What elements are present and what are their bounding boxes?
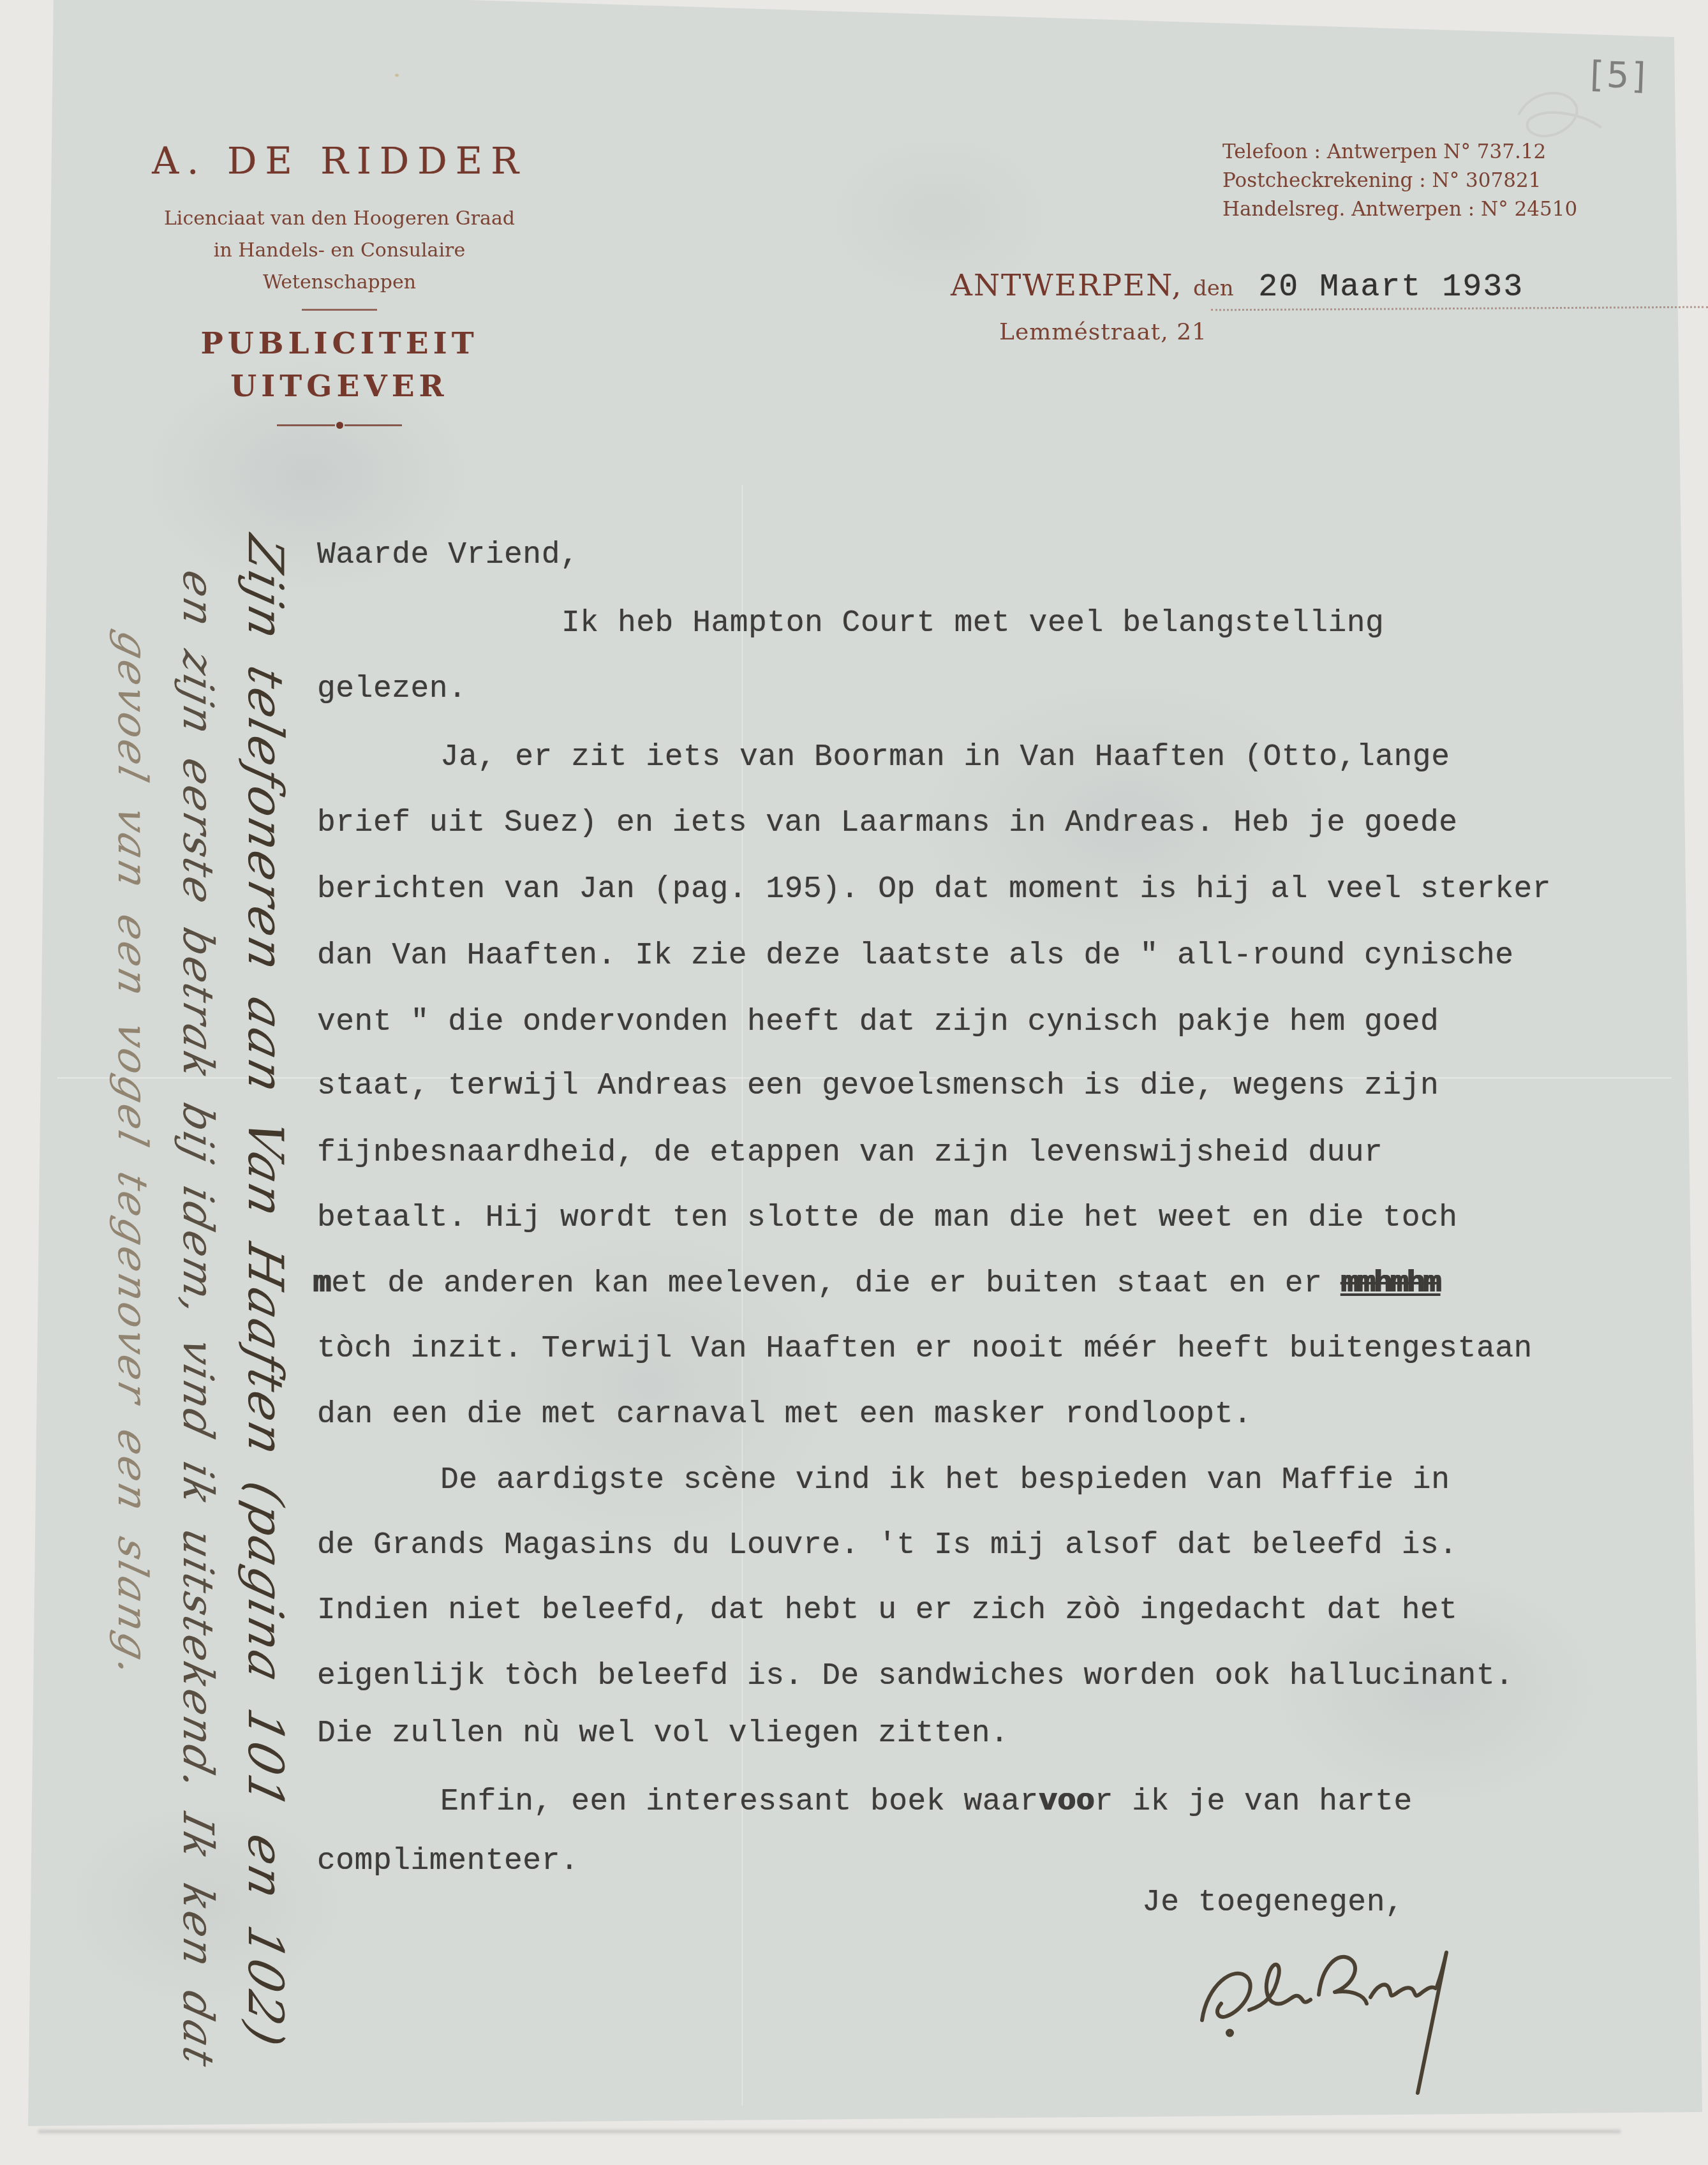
typed-line-with-strikeout: met de anderen kan meeleven, die er buit…: [313, 1267, 1440, 1301]
marginalia-line: en zijn eerste betrak bij idem, vind ik …: [165, 528, 231, 2095]
contact-line-postcheck: Postcheckrekening : N° 307821: [1222, 167, 1577, 195]
printed-street-address: Lemméstraat, 21: [999, 319, 1207, 345]
marginalia-line: Zijn telefoneren aan Van Haaften (pagina…: [231, 528, 300, 2096]
letterhead-divider-dot: [277, 422, 402, 429]
typed-line: de Grands Magasins du Louvre. 't Is mij …: [317, 1528, 1458, 1563]
typed-line: Ja, er zit iets van Boorman in Van Haaft…: [440, 740, 1450, 775]
typed-line: tòch inzit. Terwijl Van Haaften er nooit…: [317, 1332, 1533, 1366]
letterhead-qualification-line: in Handels- en Consulaire: [108, 235, 570, 267]
typed-line: eigenlijk tòch beleefd is. De sandwiches…: [317, 1659, 1514, 1693]
paper-edge-shadow: [38, 2130, 1621, 2133]
typed-valediction: Je toegenegen,: [1142, 1886, 1404, 1920]
letterhead-qualification-line: Licenciaat van den Hoogeren Graad: [108, 203, 570, 235]
typed-line: Indien niet beleefd, dat hebt u er zich …: [317, 1593, 1458, 1628]
handwritten-marginalia: Zijn telefoneren aan Van Haaften (pagina…: [83, 528, 300, 2079]
typed-line: dan Van Haaften. Ik zie deze laatste als…: [317, 939, 1514, 973]
typed-line: brief uit Suez) en iets van Laarmans in …: [317, 806, 1458, 840]
marginalia-line: gevoel van een vogel tegenover een slang…: [100, 528, 165, 2095]
printed-date-label: den: [1193, 276, 1234, 301]
typed-line: vent " die ondervonden heeft dat zijn cy…: [317, 1005, 1439, 1039]
printed-city: ANTWERPEN,: [951, 268, 1182, 303]
overtyped-word: voo: [1039, 1785, 1095, 1819]
typed-line: complimenteer.: [317, 1844, 579, 1879]
letterhead-left-block: A. DE RIDDER Licenciaat van den Hoogeren…: [108, 139, 570, 429]
divider-dot: [336, 422, 343, 429]
typed-line: berichten van Jan (pag. 195). Op dat mom…: [317, 872, 1551, 907]
typed-line: Ik heb Hampton Court met veel belangstel…: [561, 606, 1384, 641]
contact-line-handelsreg: Handelsreg. Antwerpen : N° 24510: [1222, 195, 1577, 224]
struck-out-word: mmhmhm: [1341, 1267, 1440, 1301]
place-date-line: ANTWERPEN, den 20 Maart 1933: [951, 268, 1524, 306]
letterhead-contact-block: Telefoon : Antwerpen N° 737.12 Postcheck…: [1222, 138, 1577, 224]
scanned-letter: [5] A. DE RIDDER Licenciaat van den Hoog…: [0, 0, 1708, 2165]
letterhead-divider: [302, 309, 377, 311]
letterhead-role: UITGEVER: [108, 365, 570, 408]
typed-line: Die zullen nù wel vol vliegen zitten.: [317, 1716, 1009, 1751]
divider-segment: [345, 424, 403, 426]
typed-date: 20 Maart 1933: [1258, 269, 1524, 306]
signature: [1188, 1926, 1456, 2104]
typed-line: dan een die met carnaval met een masker …: [317, 1397, 1252, 1432]
typed-line: gelezen.: [317, 672, 466, 706]
typed-line: betaalt. Hij wordt ten slotte de man die…: [317, 1201, 1458, 1235]
contact-line-telefoon: Telefoon : Antwerpen N° 737.12: [1222, 138, 1577, 167]
typed-line: staat, terwijl Andreas een gevoelsmensch…: [317, 1069, 1439, 1103]
typed-line: fijnbesnaardheid, de etappen van zijn le…: [317, 1136, 1383, 1170]
typed-salutation: Waarde Vriend,: [317, 538, 579, 572]
overtyped-character: m: [313, 1267, 331, 1301]
letterhead-role: PUBLICITEIT: [108, 322, 570, 365]
letterhead-name: A. DE RIDDER: [108, 139, 570, 182]
typed-line-with-overtype: Enfin, een interessant boek waarvoor ik …: [440, 1785, 1413, 1819]
divider-segment: [277, 424, 335, 426]
letterhead-qualification-line: Wetenschappen: [108, 267, 570, 299]
typed-line: De aardigste scène vind ik het bespieden…: [440, 1463, 1450, 1498]
